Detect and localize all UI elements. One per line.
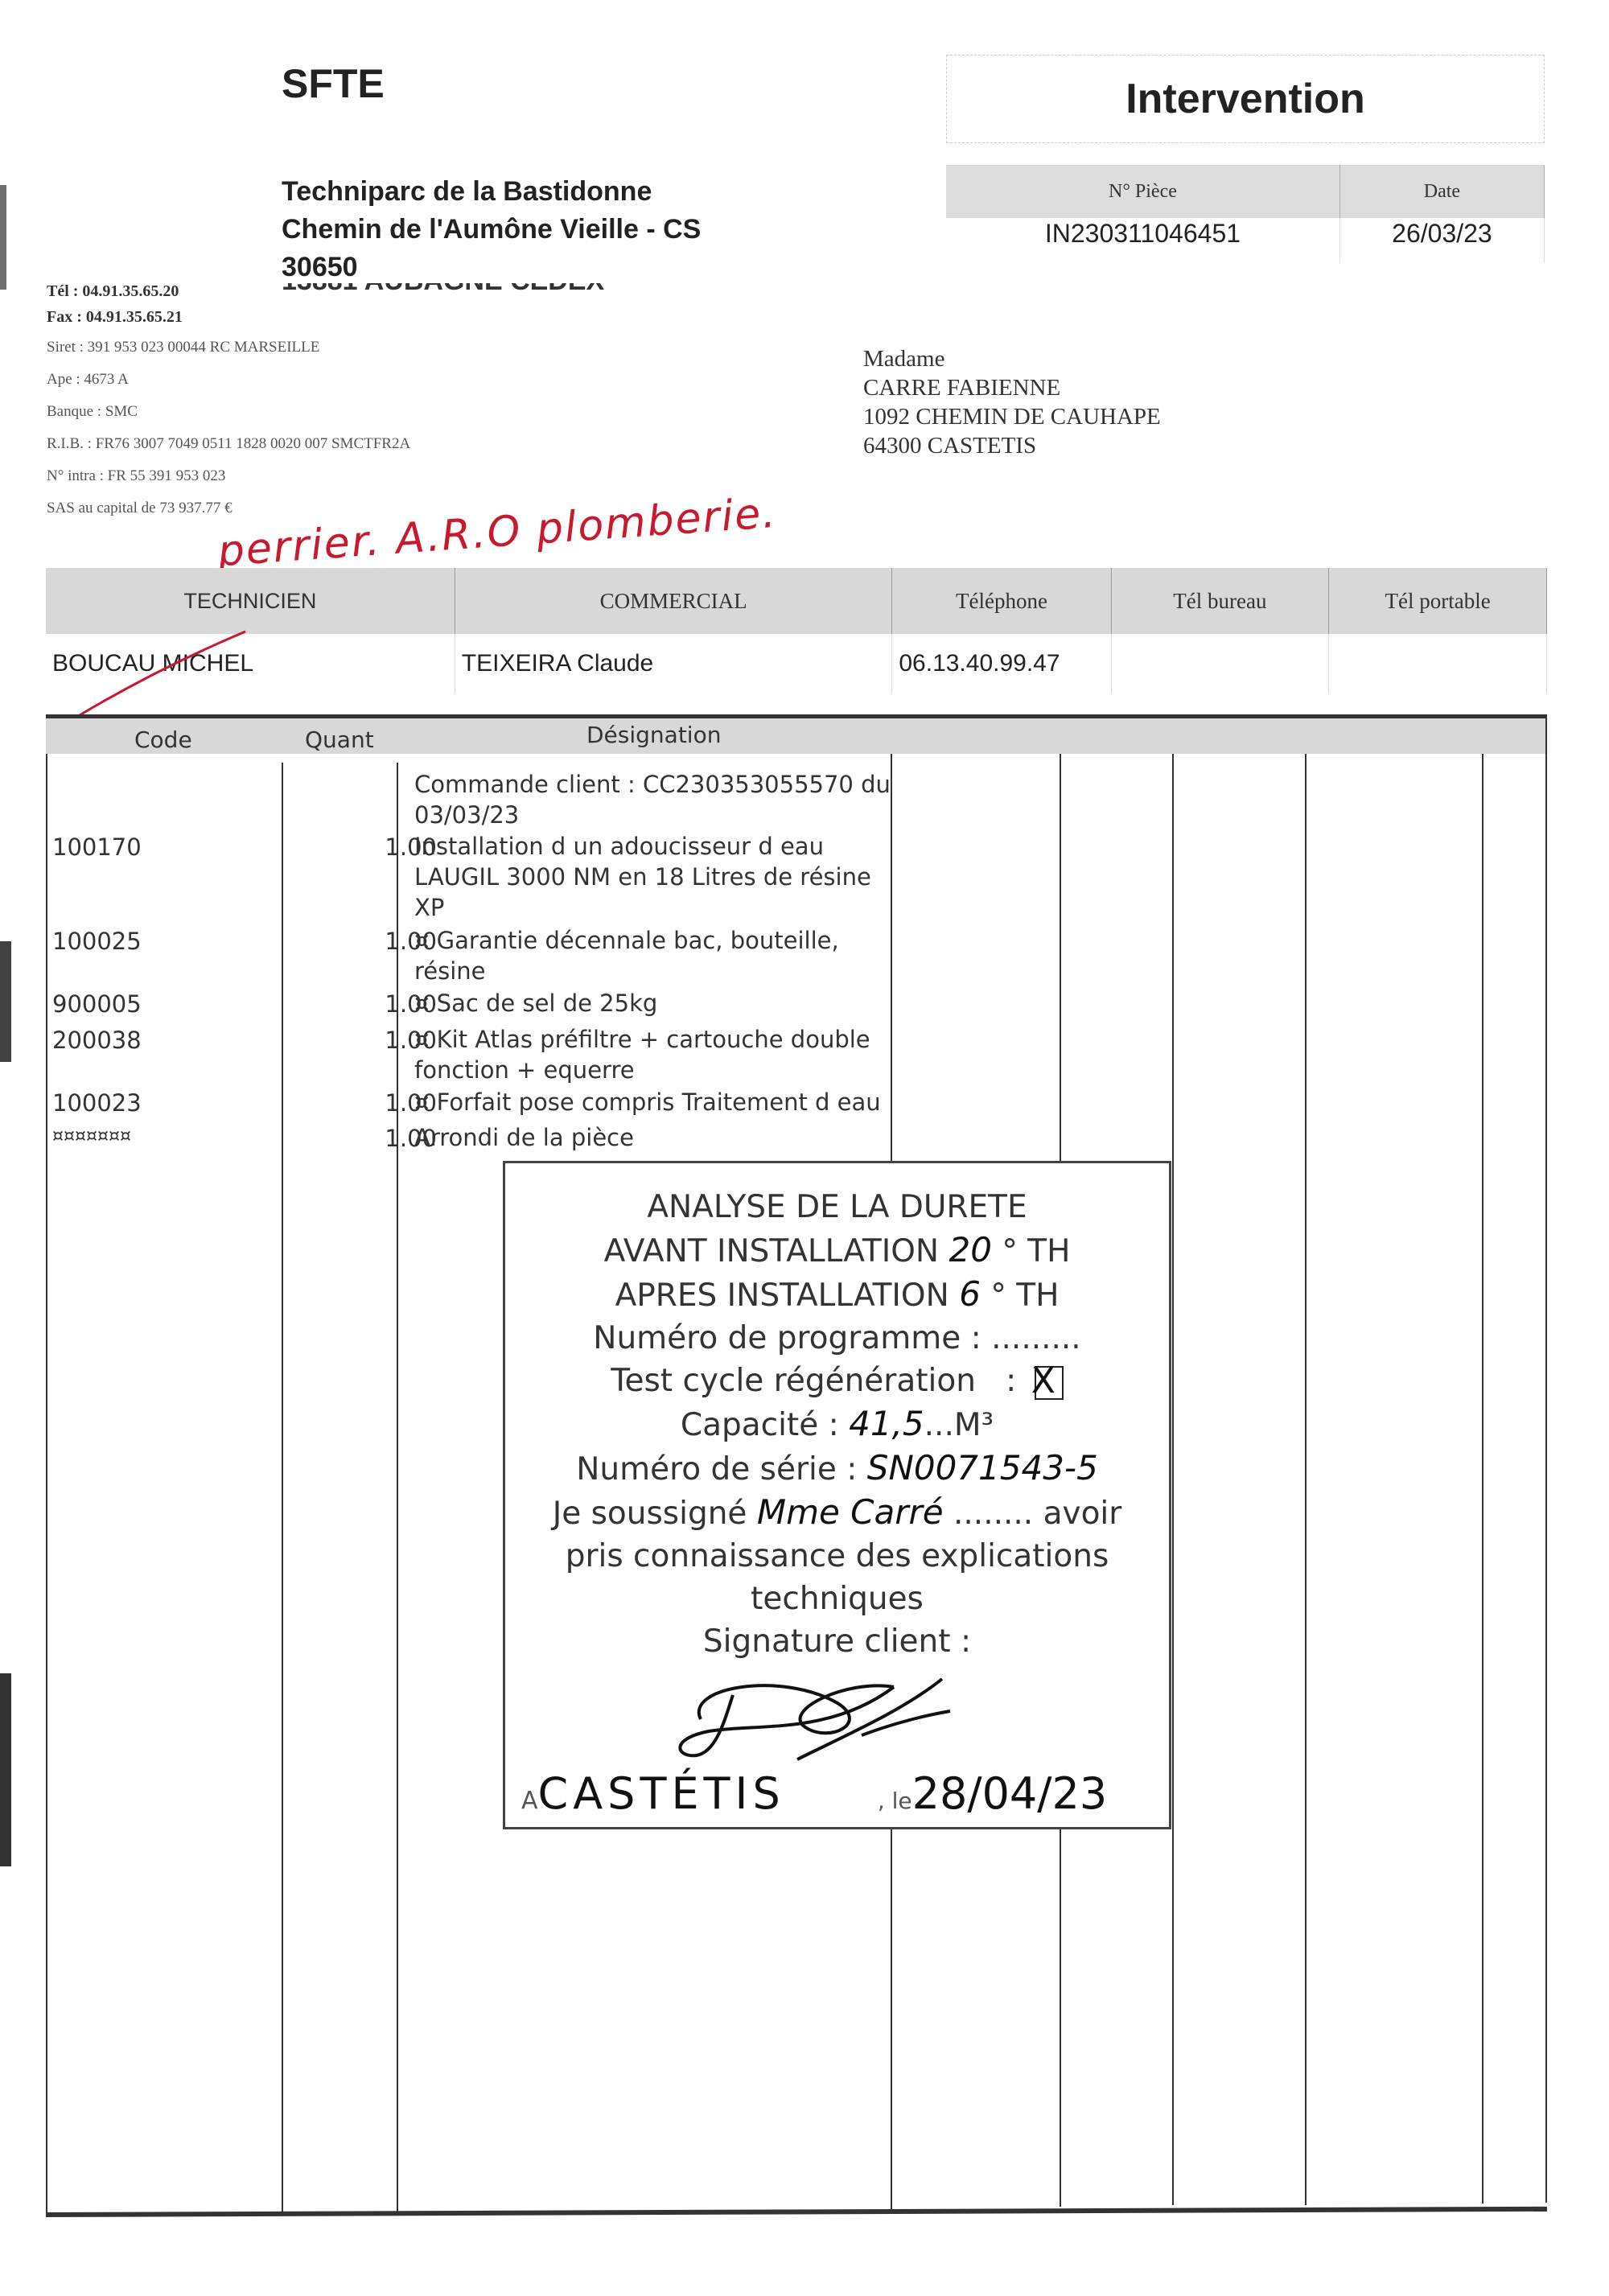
checkbox-mark: X xyxy=(1031,1360,1056,1402)
capacity: Capacité : 41,5...M³ xyxy=(505,1402,1169,1446)
table-row-desc: ¤ Kit Atlas préfiltre + cartouche double… xyxy=(414,1024,897,1085)
commercial-header: COMMERCIAL xyxy=(455,568,892,634)
after-value: 6 xyxy=(959,1274,981,1314)
analysis-before: AVANT INSTALLATION 20 ° TH xyxy=(505,1228,1169,1273)
table-bottom-rule xyxy=(46,2207,1547,2217)
column-line xyxy=(1482,754,1483,2203)
undersigned-label: Je soussigné xyxy=(553,1496,747,1532)
piece-info-table: N° Pièce Date IN230311046451 26/03/23 xyxy=(946,165,1545,263)
column-line xyxy=(1545,714,1547,2203)
technician-header: TECHNICIEN xyxy=(46,568,455,634)
piece-number-header: N° Pièce xyxy=(946,165,1339,218)
company-fax: Fax : 04.91.35.65.21 xyxy=(47,304,183,330)
signature-label: Signature client : xyxy=(505,1620,1169,1663)
acknowledgement: pris connaissance des explications xyxy=(505,1535,1169,1578)
ape: Ape : 4673 A xyxy=(47,364,410,396)
place-and-date: ACASTÉTIS , le28/04/23 xyxy=(521,1768,1157,1819)
recipient-address: Madame CARRE FABIENNE 1092 CHEMIN DE CAU… xyxy=(863,344,1161,460)
table-row-code: 100170 xyxy=(52,833,142,861)
recipient-title: Madame xyxy=(863,344,1161,373)
company-legal-info: Siret : 391 953 023 00044 RC MARSEILLE A… xyxy=(47,331,410,525)
commercial-name: TEIXEIRA Claude xyxy=(455,634,892,693)
analysis-after: APRES INSTALLATION 6 ° TH xyxy=(505,1273,1169,1317)
items-header: Code Quant Désignation xyxy=(46,718,1547,754)
address-line: 30650 xyxy=(282,249,701,286)
undersigned: Je soussigné Mme Carré ........ avoir xyxy=(505,1491,1169,1535)
bank: Banque : SMC xyxy=(47,396,410,428)
table-row-desc: ¤ Sac de sel de 25kg xyxy=(414,988,897,1018)
office-phone-header: Tél bureau xyxy=(1111,568,1329,634)
column-line xyxy=(282,763,283,2215)
rib: R.I.B. : FR76 3007 7049 0511 1828 0020 0… xyxy=(47,428,410,460)
column-line xyxy=(1305,754,1307,2205)
document-title-box: Intervention xyxy=(946,55,1545,143)
capacity-value: 41,5 xyxy=(849,1404,924,1443)
document-title: Intervention xyxy=(1125,75,1365,123)
regeneration-test-checkbox[interactable]: X xyxy=(1035,1366,1064,1400)
designation-header: Désignation xyxy=(586,722,721,748)
company-contact: Tél : 04.91.35.65.20 Fax : 04.91.35.65.2… xyxy=(47,278,183,330)
document-date: 26/03/23 xyxy=(1339,218,1544,263)
office-phone-value xyxy=(1111,634,1329,693)
address-line: Chemin de l'Aumône Vieille - CS xyxy=(282,211,701,249)
siret: Siret : 391 953 023 00044 RC MARSEILLE xyxy=(47,331,410,364)
recipient-street: 1092 CHEMIN DE CAUHAPE xyxy=(863,402,1161,431)
table-row-desc: Arrondi de la pièce xyxy=(414,1122,897,1153)
column-line xyxy=(1172,754,1174,2205)
table-row-code: 100025 xyxy=(52,928,142,955)
column-line xyxy=(46,754,47,2214)
programme-number: Numéro de programme : ......... xyxy=(505,1317,1169,1360)
table-row-code: 100023 xyxy=(52,1089,142,1117)
recipient-city: 64300 CASTETIS xyxy=(863,431,1161,460)
serial-number-label: Numéro de série : xyxy=(576,1451,857,1487)
mobile-phone-value xyxy=(1329,634,1547,693)
client-signature xyxy=(636,1663,1039,1767)
column-line xyxy=(397,763,398,2215)
phone-header: Téléphone xyxy=(892,568,1111,634)
before-unit: ° TH xyxy=(1002,1233,1070,1269)
contact-table: TECHNICIEN COMMERCIAL Téléphone Tél bure… xyxy=(46,568,1547,693)
code-header: Code xyxy=(134,726,192,753)
signature-date: 28/04/23 xyxy=(912,1768,1108,1819)
analysis-title: ANALYSE DE LA DURETE xyxy=(505,1186,1169,1228)
company-address: Techniparc de la Bastidonne Chemin de l'… xyxy=(282,173,701,286)
table-row-desc: Commande client : CC230353055570 du 03/0… xyxy=(414,769,897,830)
piece-number: IN230311046451 xyxy=(946,218,1339,263)
recipient-name: CARRE FABIENNE xyxy=(863,373,1161,402)
undersigned-suffix: ........ avoir xyxy=(953,1496,1121,1532)
capacity-label: Capacité : xyxy=(681,1407,839,1443)
mobile-phone-header: Tél portable xyxy=(1329,568,1547,634)
table-row-desc: ¤ Garantie décennale bac, bouteille, rés… xyxy=(414,925,897,986)
date-header: Date xyxy=(1339,165,1544,218)
place-prefix: A xyxy=(521,1787,538,1815)
regeneration-test: Test cycle régénération : X xyxy=(505,1360,1169,1402)
quantity-header: Quant xyxy=(305,726,374,753)
table-row-code: 900005 xyxy=(52,990,142,1018)
company-tel: Tél : 04.91.35.65.20 xyxy=(47,278,183,304)
hardness-analysis-box: ANALYSE DE LA DURETE AVANT INSTALLATION … xyxy=(503,1161,1171,1829)
company-name: SFTE xyxy=(282,60,385,107)
date-prefix: , le xyxy=(878,1788,912,1814)
undersigned-name: Mme Carré xyxy=(757,1492,944,1532)
table-row-desc: ¤ Forfait pose compris Traitement d eau xyxy=(414,1087,897,1117)
table-row-desc: Installation d un adoucisseur d eau LAUG… xyxy=(414,831,897,923)
vat-number: N° intra : FR 55 391 953 023 xyxy=(47,460,410,492)
after-unit: ° TH xyxy=(990,1278,1059,1314)
after-label: APRES INSTALLATION xyxy=(615,1278,949,1314)
address-line: Techniparc de la Bastidonne xyxy=(282,173,701,211)
serial-number: Numéro de série : SN0071543-5 xyxy=(505,1446,1169,1491)
serial-number-value: SN0071543-5 xyxy=(867,1448,1098,1487)
acknowledgement-cont: techniques xyxy=(505,1578,1169,1620)
table-row-code: ¤¤¤¤¤¤¤ xyxy=(52,1126,131,1146)
place-value: CASTÉTIS xyxy=(538,1768,785,1819)
before-label: AVANT INSTALLATION xyxy=(604,1233,940,1269)
capacity-unit: ...M³ xyxy=(924,1407,994,1443)
address-line-cutoff: 13881 AUBAGNE CEDEX xyxy=(282,283,764,291)
regeneration-test-label: Test cycle régénération xyxy=(611,1363,976,1399)
phone-value: 06.13.40.99.47 xyxy=(892,634,1111,693)
before-value: 20 xyxy=(949,1230,992,1269)
table-row-code: 200038 xyxy=(52,1027,142,1054)
